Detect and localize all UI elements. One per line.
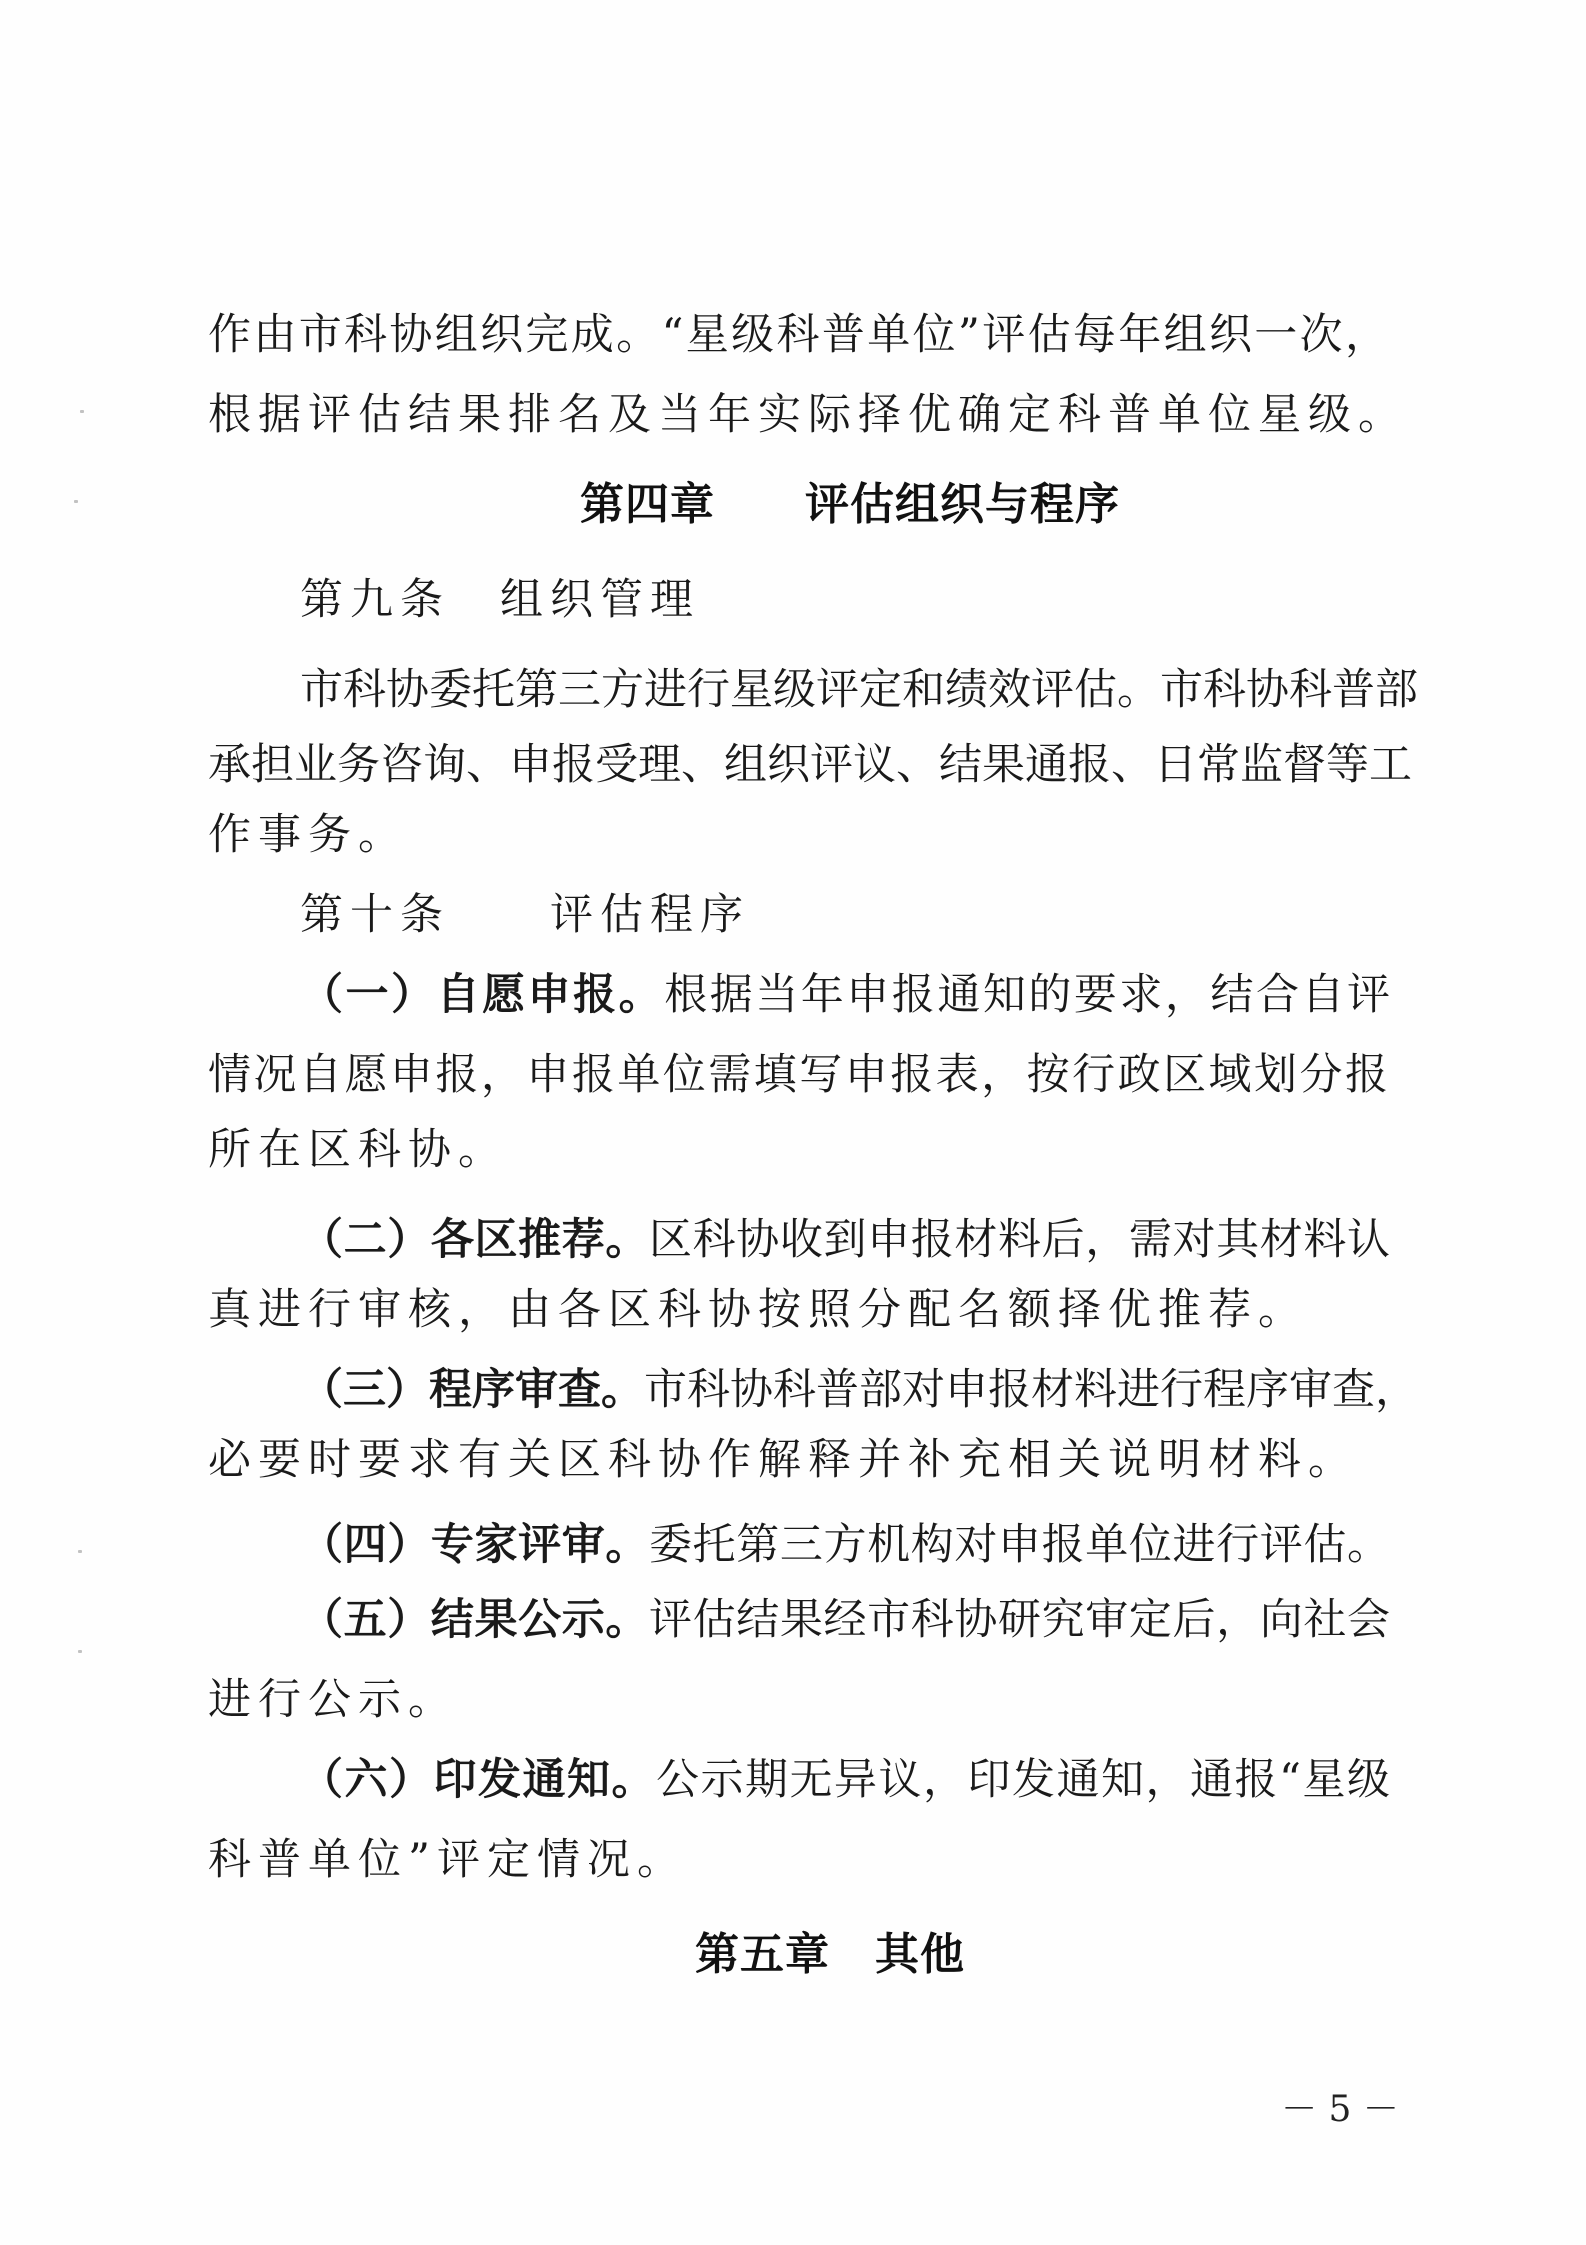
item-label: （二）各区推荐。 — [300, 1215, 649, 1265]
list-item: （三）程序审查。市科协科普部对申报材料进行程序审查， — [300, 1360, 1390, 1420]
paragraph-line: 必要时要求有关区科协作解释并补充相关说明材料。 — [208, 1430, 1388, 1490]
paragraph-line: 情况自愿申报，申报单位需填写申报表，按行政区域划分报 — [208, 1045, 1388, 1105]
scan-artifact — [78, 1650, 82, 1653]
paragraph-line: 市科协委托第三方进行星级评定和绩效评估。市科协科普部 — [300, 660, 1390, 720]
item-label: （五）结果公示。 — [300, 1595, 649, 1645]
item-text: 根据当年申报通知的要求，结合自评 — [664, 970, 1390, 1020]
item-text: 区科协收到申报材料后，需对其材料认 — [649, 1215, 1390, 1265]
paragraph-line: 进行公示。 — [208, 1670, 1388, 1730]
item-label: （四）专家评审。 — [300, 1520, 649, 1570]
article-title: 第九条 组织管理 — [300, 570, 1390, 630]
article-title: 第十条 评估程序 — [300, 885, 1390, 945]
item-label: （三）程序审查。 — [300, 1365, 644, 1415]
list-item: （二）各区推荐。区科协收到申报材料后，需对其材料认 — [300, 1210, 1390, 1270]
list-item: （一）自愿申报。根据当年申报通知的要求，结合自评 — [300, 965, 1390, 1025]
paragraph-line: 所在区科协。 — [208, 1120, 1388, 1180]
paragraph-line: 根据评估结果排名及当年实际择优确定科普单位星级。 — [208, 385, 1388, 445]
page-number: － 5 － — [1270, 2085, 1410, 2135]
item-text: 委托第三方机构对申报单位进行评估。 — [649, 1520, 1390, 1570]
scan-artifact — [74, 500, 78, 503]
scan-artifact — [80, 410, 84, 413]
paragraph-line: 真进行审核，由各区科协按照分配名额择优推荐。 — [208, 1280, 1388, 1340]
chapter-heading: 第四章 评估组织与程序 — [560, 473, 1140, 537]
item-text: 公示期无异议，印发通知，通报“星级 — [656, 1755, 1390, 1805]
paragraph-line: 作事务。 — [208, 805, 1388, 865]
item-label: （六）印发通知。 — [300, 1755, 656, 1805]
list-item: （四）专家评审。委托第三方机构对申报单位进行评估。 — [300, 1515, 1390, 1575]
paragraph-line: 科普单位”评定情况。 — [208, 1830, 1388, 1890]
paragraph-line: 承担业务咨询、申报受理、组织评议、结果通报、日常监督等工 — [208, 735, 1388, 795]
scan-artifact — [78, 1550, 82, 1553]
item-label: （一）自愿申报。 — [300, 970, 664, 1020]
document-page: 作由市科协组织完成。“星级科普单位”评估每年组织一次， 根据评估结果排名及当年实… — [0, 0, 1586, 2245]
list-item: （六）印发通知。公示期无异议，印发通知，通报“星级 — [300, 1750, 1390, 1810]
list-item: （五）结果公示。评估结果经市科协研究审定后，向社会 — [300, 1590, 1390, 1650]
chapter-heading: 第五章 其他 — [660, 1923, 1000, 1987]
paragraph-line: 作由市科协组织完成。“星级科普单位”评估每年组织一次， — [208, 305, 1388, 365]
item-text: 评估结果经市科协研究审定后，向社会 — [649, 1595, 1390, 1645]
item-text: 市科协科普部对申报材料进行程序审查， — [644, 1365, 1418, 1415]
